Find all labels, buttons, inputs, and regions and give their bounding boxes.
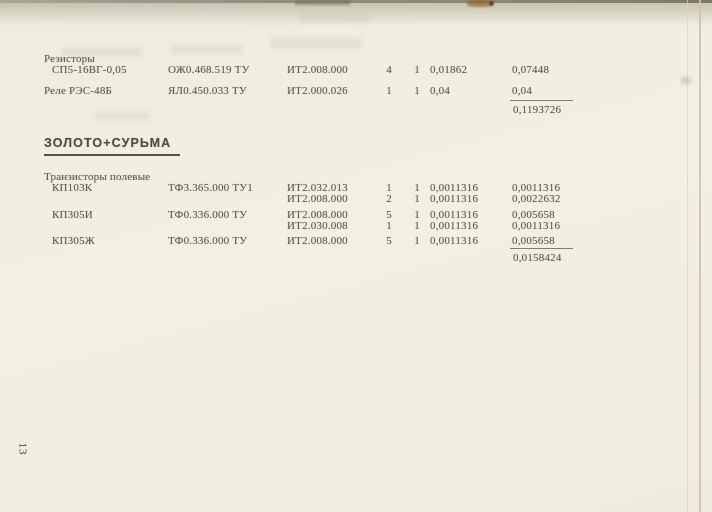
qty-per-unit: 1: [408, 65, 420, 76]
doc-number: ТФ0.336.000 ТУ: [168, 210, 247, 221]
mass-total: 0,07448: [512, 65, 549, 76]
page-top-edge: [0, 0, 712, 3]
page-edge-line: [699, 0, 701, 512]
bleedthrough-mark: [270, 38, 362, 49]
part-name: Реле РЭС-48Б: [44, 86, 112, 97]
part-name: КП305Ж: [52, 236, 95, 247]
qty: 4: [378, 65, 392, 76]
bleedthrough-mark: [95, 112, 150, 120]
subtotal-rule: [510, 100, 573, 101]
part-name: КП305И: [52, 210, 93, 221]
qty-per-unit: 1: [408, 86, 420, 97]
subtotal-value: 0,0158424: [513, 253, 562, 264]
doc-number: ОЖ0.468.519 ТУ: [168, 65, 250, 76]
part-name: СП5-16ВГ-0,05: [52, 65, 127, 76]
mass-total: 0,005658: [512, 236, 555, 247]
top-edge-smudge: [295, 0, 350, 5]
doc-number: ТФ3.365.000 ТУ1: [168, 183, 253, 194]
mass-total: 0,04: [512, 86, 532, 97]
mass-per-unit: 0,01862: [430, 65, 467, 76]
drawing-number: ИТ2.008.000: [287, 65, 348, 76]
mass-per-unit: 0,0011316: [430, 221, 478, 232]
doc-number: ЯЛ0.450.033 ТУ: [168, 86, 247, 97]
paper-stain-dot: [489, 1, 494, 6]
scanned-document-page: Резисторы СП5-16ВГ-0,05 ОЖ0.468.519 ТУ И…: [0, 0, 712, 512]
mass-per-unit: 0,0011316: [430, 194, 478, 205]
qty: 2: [378, 194, 392, 205]
drawing-number: ИТ2.000.026: [287, 86, 348, 97]
section-title: ЗОЛОТО+СУРЬМА: [44, 136, 180, 156]
drawing-number: ИТ2.030.008: [287, 221, 348, 232]
subtotal-rule: [510, 248, 573, 249]
part-name: КП103К: [52, 183, 92, 194]
mass-total: 0,0011316: [512, 221, 560, 232]
drawing-number: ИТ2.008.000: [287, 236, 348, 247]
drawing-number: ИТ2.008.000: [287, 194, 348, 205]
bleedthrough-mark: [681, 77, 691, 84]
qty: 5: [378, 236, 392, 247]
bleedthrough-mark: [300, 14, 370, 23]
doc-number: ТФ0.336.000 ТУ: [168, 236, 247, 247]
mass-total: 0,0022632: [512, 194, 561, 205]
qty-per-unit: 1: [408, 221, 420, 232]
qty: 1: [378, 221, 392, 232]
bleedthrough-mark: [170, 45, 242, 54]
mass-per-unit: 0,04: [430, 86, 450, 97]
qty: 1: [378, 86, 392, 97]
qty-per-unit: 1: [408, 236, 420, 247]
page-number: 13: [17, 443, 29, 456]
mass-per-unit: 0,0011316: [430, 236, 478, 247]
qty-per-unit: 1: [408, 194, 420, 205]
subtotal-value: 0,1193726: [513, 105, 561, 116]
